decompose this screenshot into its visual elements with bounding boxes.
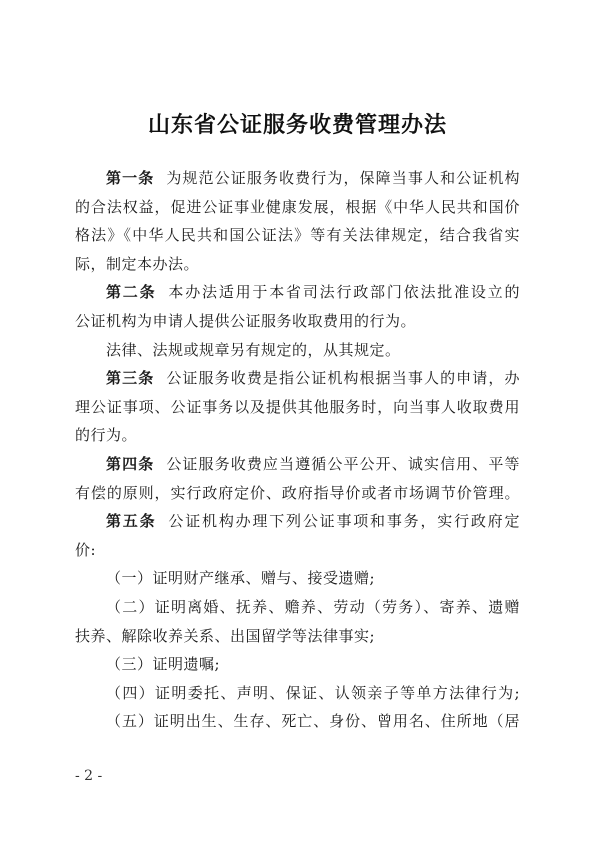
text-line: （一）证明财产继承、赠与、接受遗赠; — [75, 564, 520, 593]
text-line: 第二条本办法适用于本省司法行政部门依法批准设立的 — [75, 278, 520, 307]
line-text: 为规范公证服务收费行为，保障当事人和公证机构 — [166, 169, 520, 187]
line-text: 的行为。 — [75, 426, 137, 444]
text-line: 价: — [75, 536, 520, 565]
line-text: 价: — [75, 541, 96, 559]
text-line: 的行为。 — [75, 421, 520, 450]
line-text: 格法》《中华人民共和国公证法》等有关法律规定，结合我省实 — [75, 226, 520, 244]
text-line: 法律、法规或规章另有规定的，从其规定。 — [75, 336, 520, 365]
line-text: （二）证明离婚、抚养、赡养、劳动（劳务）、寄养、遗赠 — [106, 598, 520, 616]
line-text: （三）证明遗嘱; — [106, 655, 220, 673]
text-line: 有偿的原则，实行政府定价、政府指导价或者市场调节价管理。 — [75, 479, 520, 508]
text-line: （二）证明离婚、抚养、赡养、劳动（劳务）、寄养、遗赠 — [75, 593, 520, 622]
text-line: 第五条公证机构办理下列公证事项和事务，实行政府定 — [75, 507, 520, 536]
text-line: 第三条公证服务收费是指公证机构根据当事人的申请，办 — [75, 364, 520, 393]
line-text: 法律、法规或规章另有规定的，从其规定。 — [106, 341, 401, 359]
document-body: 第一条为规范公证服务收费行为，保障当事人和公证机构的合法权益，促进公证事业健康发… — [75, 164, 520, 736]
line-text: 理公证事项、公证事务以及提供其他服务时，向当事人收取费用 — [75, 398, 520, 416]
line-text: 公证服务收费应当遵循公平公开、诚实信用、平等 — [166, 455, 520, 473]
text-line: 的合法权益，促进公证事业健康发展，根据《中华人民共和国价 — [75, 193, 520, 222]
document-title: 山东省公证服务收费管理办法 — [0, 108, 595, 139]
line-text: （五）证明出生、生存、死亡、身份、曾用名、住所地（居 — [106, 712, 520, 730]
text-line: （四）证明委托、声明、保证、认领亲子等单方法律行为; — [75, 679, 520, 708]
article-heading: 第一条 — [106, 169, 154, 187]
line-text: 公证服务收费是指公证机构根据当事人的申请，办 — [166, 369, 520, 387]
text-line: 理公证事项、公证事务以及提供其他服务时，向当事人收取费用 — [75, 393, 520, 422]
text-line: （三）证明遗嘱; — [75, 650, 520, 679]
text-line: 格法》《中华人民共和国公证法》等有关法律规定，结合我省实 — [75, 221, 520, 250]
line-text: 际，制定本办法。 — [75, 255, 199, 273]
article-heading: 第三条 — [106, 369, 154, 387]
text-line: 际，制定本办法。 — [75, 250, 520, 279]
article-heading: 第四条 — [106, 455, 154, 473]
line-text: 有偿的原则，实行政府定价、政府指导价或者市场调节价管理。 — [75, 484, 520, 502]
article-heading: 第二条 — [106, 283, 156, 301]
line-text: 公证机构为申请人提供公证服务收取费用的行为。 — [75, 312, 416, 330]
line-text: （一）证明财产继承、赠与、接受遗赠; — [106, 569, 375, 587]
page-number: - 2 - — [75, 768, 102, 784]
text-line: 第一条为规范公证服务收费行为，保障当事人和公证机构 — [75, 164, 520, 193]
line-text: （四）证明委托、声明、保证、认领亲子等单方法律行为; — [106, 684, 520, 702]
text-line: （五）证明出生、生存、死亡、身份、曾用名、住所地（居 — [75, 707, 520, 736]
text-line: 公证机构为申请人提供公证服务收取费用的行为。 — [75, 307, 520, 336]
line-text: 扶养、解除收养关系、出国留学等法律事实; — [75, 627, 375, 645]
line-text: 的合法权益，促进公证事业健康发展，根据《中华人民共和国价 — [75, 198, 520, 216]
text-line: 第四条公证服务收费应当遵循公平公开、诚实信用、平等 — [75, 450, 520, 479]
line-text: 公证机构办理下列公证事项和事务，实行政府定 — [168, 512, 520, 530]
text-line: 扶养、解除收养关系、出国留学等法律事实; — [75, 622, 520, 651]
article-heading: 第五条 — [106, 512, 156, 530]
line-text: 本办法适用于本省司法行政部门依法批准设立的 — [168, 283, 520, 301]
